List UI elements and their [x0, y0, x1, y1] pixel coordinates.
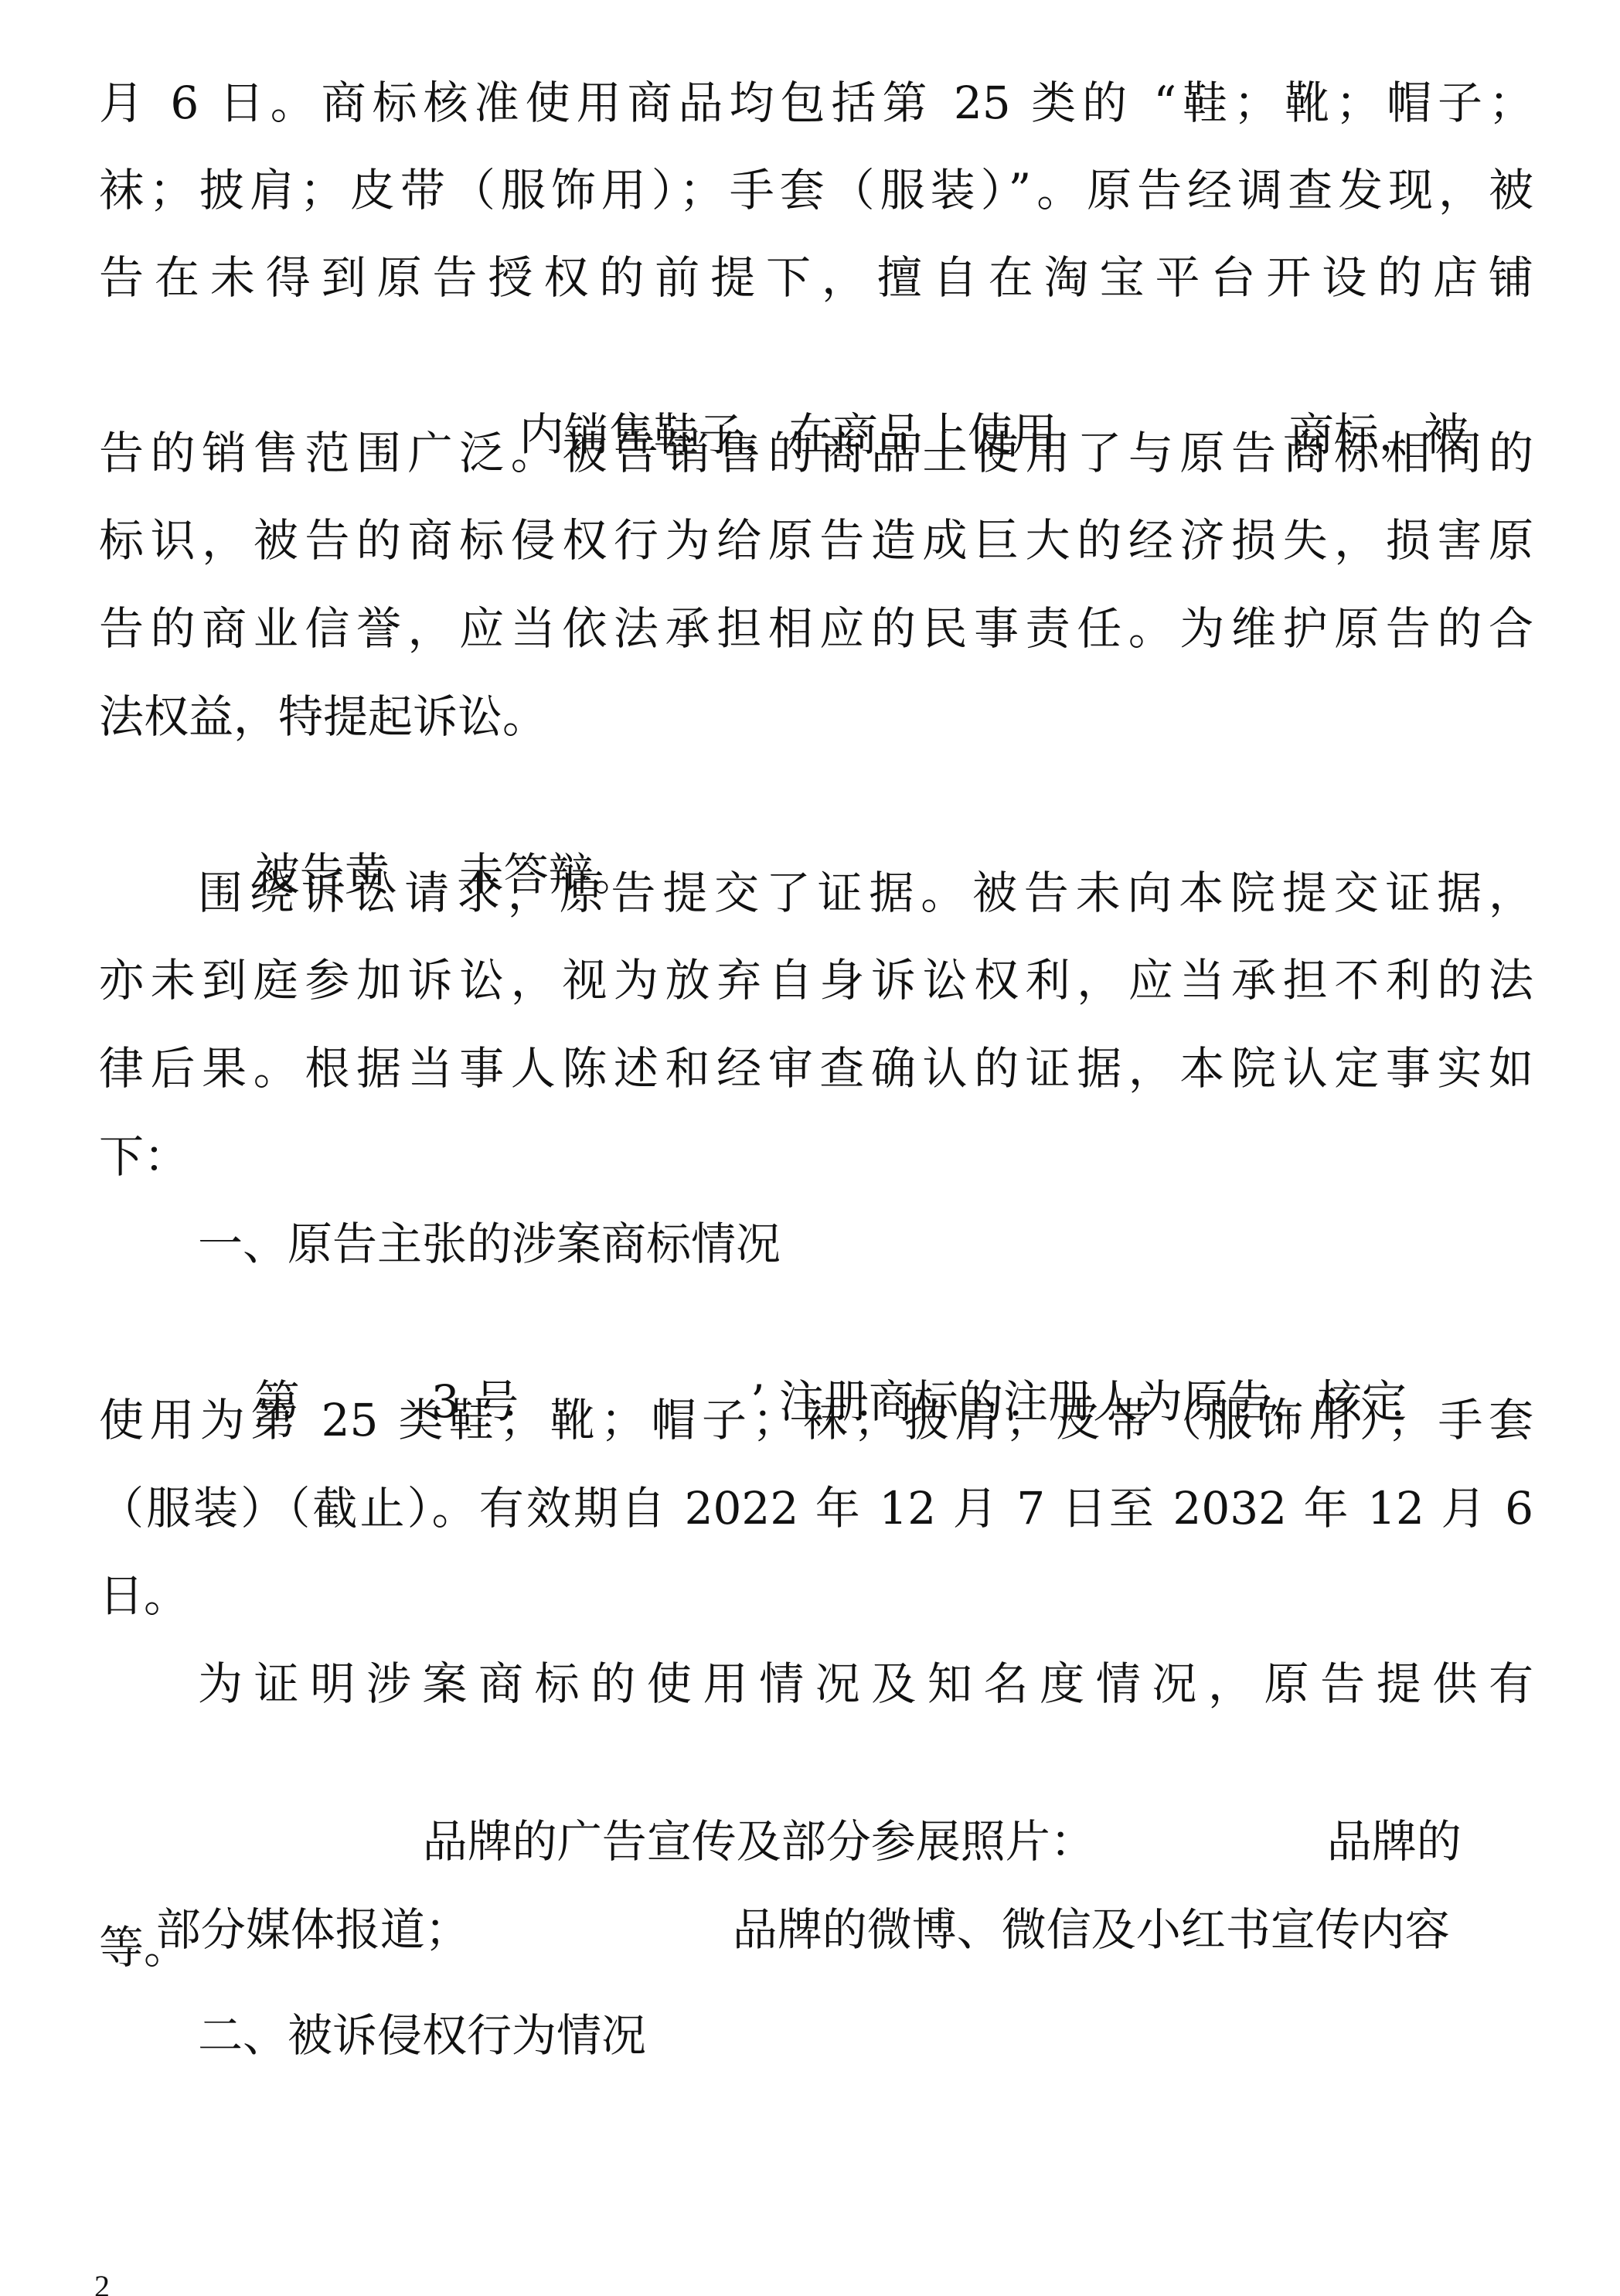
- text-line: 律后果。根据当事人陈述和经审查确认的证据，本院认定事实如: [99, 1034, 1533, 1103]
- section-heading: 二、被诉侵权行为情况: [198, 2001, 1533, 2070]
- section-heading: 一、原告主张的涉案商标情况: [198, 1209, 1533, 1279]
- page-number: 2: [94, 2271, 110, 2296]
- document-page: 月 6 日。商标核准使用商品均包括第 25 类的 “鞋；靴；帽子； 袜；披肩；皮…: [0, 0, 1620, 2296]
- text-line-redacted: 部分媒体报道；品牌的微博、微信及小红书宣传内容: [99, 1825, 1533, 1895]
- text-line: 围绕诉讼请求，原告提交了证据。被告未向本院提交证据，: [198, 858, 1533, 928]
- text-line-redacted: 品牌的广告宣传及部分参展照片：品牌的: [99, 1737, 1533, 1807]
- text-line: 为证明涉案商标的使用情况及知名度情况，原告提供有: [198, 1649, 1533, 1719]
- text-line: 月 6 日。商标核准使用商品均包括第 25 类的 “鞋；靴；帽子；: [99, 68, 1533, 138]
- text-line: 告的销售范围广泛。被告销售的商品上使用了与原告商标相同的: [99, 418, 1533, 488]
- text-line: 等。: [99, 1913, 1533, 1982]
- text-line: 法权益，特提起诉讼。: [99, 682, 1533, 751]
- text-line-redacted: 第3 号’ 注册商标的注册人为原告，核定: [198, 1297, 1533, 1367]
- text-line: 日。: [99, 1561, 1533, 1630]
- text-line: 下：: [99, 1122, 1533, 1191]
- text-line: 告的商业信誉，应当依法承担相应的民事责任。为维护原告的合: [99, 594, 1533, 663]
- text-line: （服装）（截止）。有效期自 2022 年 12 月 7 日至 2032 年 12…: [99, 1473, 1533, 1543]
- text-line: 袜；披肩；皮带（服饰用）；手套（服装）”。原告经调查发现，被: [99, 155, 1533, 225]
- text-line-redacted: 内销售鞋子，在商品上使用商标，被: [99, 330, 1533, 400]
- text-line: 亦未到庭参加诉讼，视为放弃自身诉讼权利，应当承担不利的法: [99, 945, 1533, 1015]
- text-line: 使用为第 25 类鞋；靴；帽子；袜；披肩；皮带（服饰用）；手套: [99, 1385, 1533, 1455]
- text-line: 标识，被告的商标侵权行为给原告造成巨大的经济损失，损害原: [99, 506, 1533, 575]
- text-line-redacted: 被告黄未答辩。: [198, 770, 1533, 840]
- text-line: 告在未得到原告授权的前提下，擅自在淘宝平台开设的店铺: [99, 243, 1533, 312]
